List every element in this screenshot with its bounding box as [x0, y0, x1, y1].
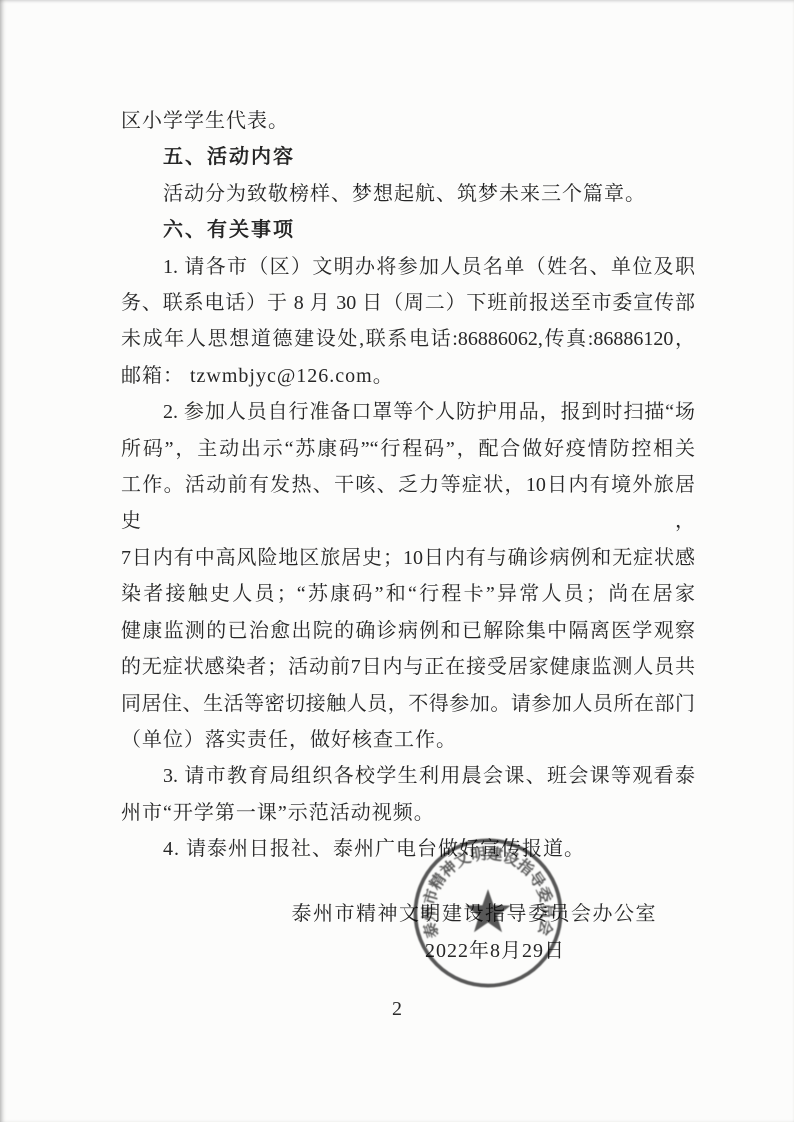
body-line: 2. 参加人员自行准备口罩等个人防护用品，报到时扫描“场	[121, 394, 695, 430]
body-line: 健康监测的已治愈出院的确诊病例和已解除集中隔离医学观察	[121, 613, 695, 649]
body-line: 4. 请泰州日报社、泰州广电台做好宣传报道。	[121, 831, 695, 867]
signature-org: 泰州市精神文明建设指导委员会办公室	[121, 896, 695, 933]
signature-block: 泰州市精神文明建设指导委员会办公室 2022年8月29日	[121, 896, 695, 970]
body-line: 所码”，主动出示“苏康码”“行程码”，配合做好疫情防控相关	[121, 431, 695, 467]
signature-date: 2022年8月29日	[121, 933, 695, 970]
body-line: 区小学学生代表。	[121, 103, 695, 139]
body-line: 活动分为致敬榜样、梦想起航、筑梦未来三个篇章。	[121, 176, 695, 212]
body-line: 3. 请市教育局组织各校学生利用晨会课、班会课等观看泰	[121, 758, 695, 794]
body-line: （单位）落实责任，做好核查工作。	[121, 722, 695, 758]
body-line: 州市“开学第一课”示范活动视频。	[121, 795, 695, 831]
body-line: 1. 请各市（区）文明办将参加人员名单（姓名、单位及职	[121, 249, 695, 285]
body-line: 的无症状感染者；活动前7日内与正在接受居家健康监测人员共	[121, 649, 695, 685]
section-heading: 六、有关事项	[121, 212, 695, 248]
body-line: 染者接触史人员；“苏康码”和“行程卡”异常人员；尚在居家	[121, 576, 695, 612]
body-line: 工作。活动前有发热、干咳、乏力等症状，10日内有境外旅居史，	[121, 467, 695, 540]
document-page: 区小学学生代表。 五、活动内容 活动分为致敬榜样、梦想起航、筑梦未来三个篇章。 …	[0, 0, 794, 1122]
body-line: 同居住、生活等密切接触人员，不得参加。请参加人员所在部门	[121, 686, 695, 722]
body-line: 未成年人思想道德建设处,联系电话:86886062,传真:86886120，	[121, 321, 695, 357]
body-line: 务、联系电话）于 8 月 30 日（周二）下班前报送至市委宣传部	[121, 285, 695, 321]
page-number: 2	[0, 998, 794, 1021]
section-heading: 五、活动内容	[121, 139, 695, 175]
body-line: 邮箱： tzwmbjyc@126.com。	[121, 358, 695, 394]
body-line: 7日内有中高风险地区旅居史；10日内有与确诊病例和无症状感	[121, 540, 695, 576]
document-body: 区小学学生代表。 五、活动内容 活动分为致敬榜样、梦想起航、筑梦未来三个篇章。 …	[121, 103, 695, 868]
